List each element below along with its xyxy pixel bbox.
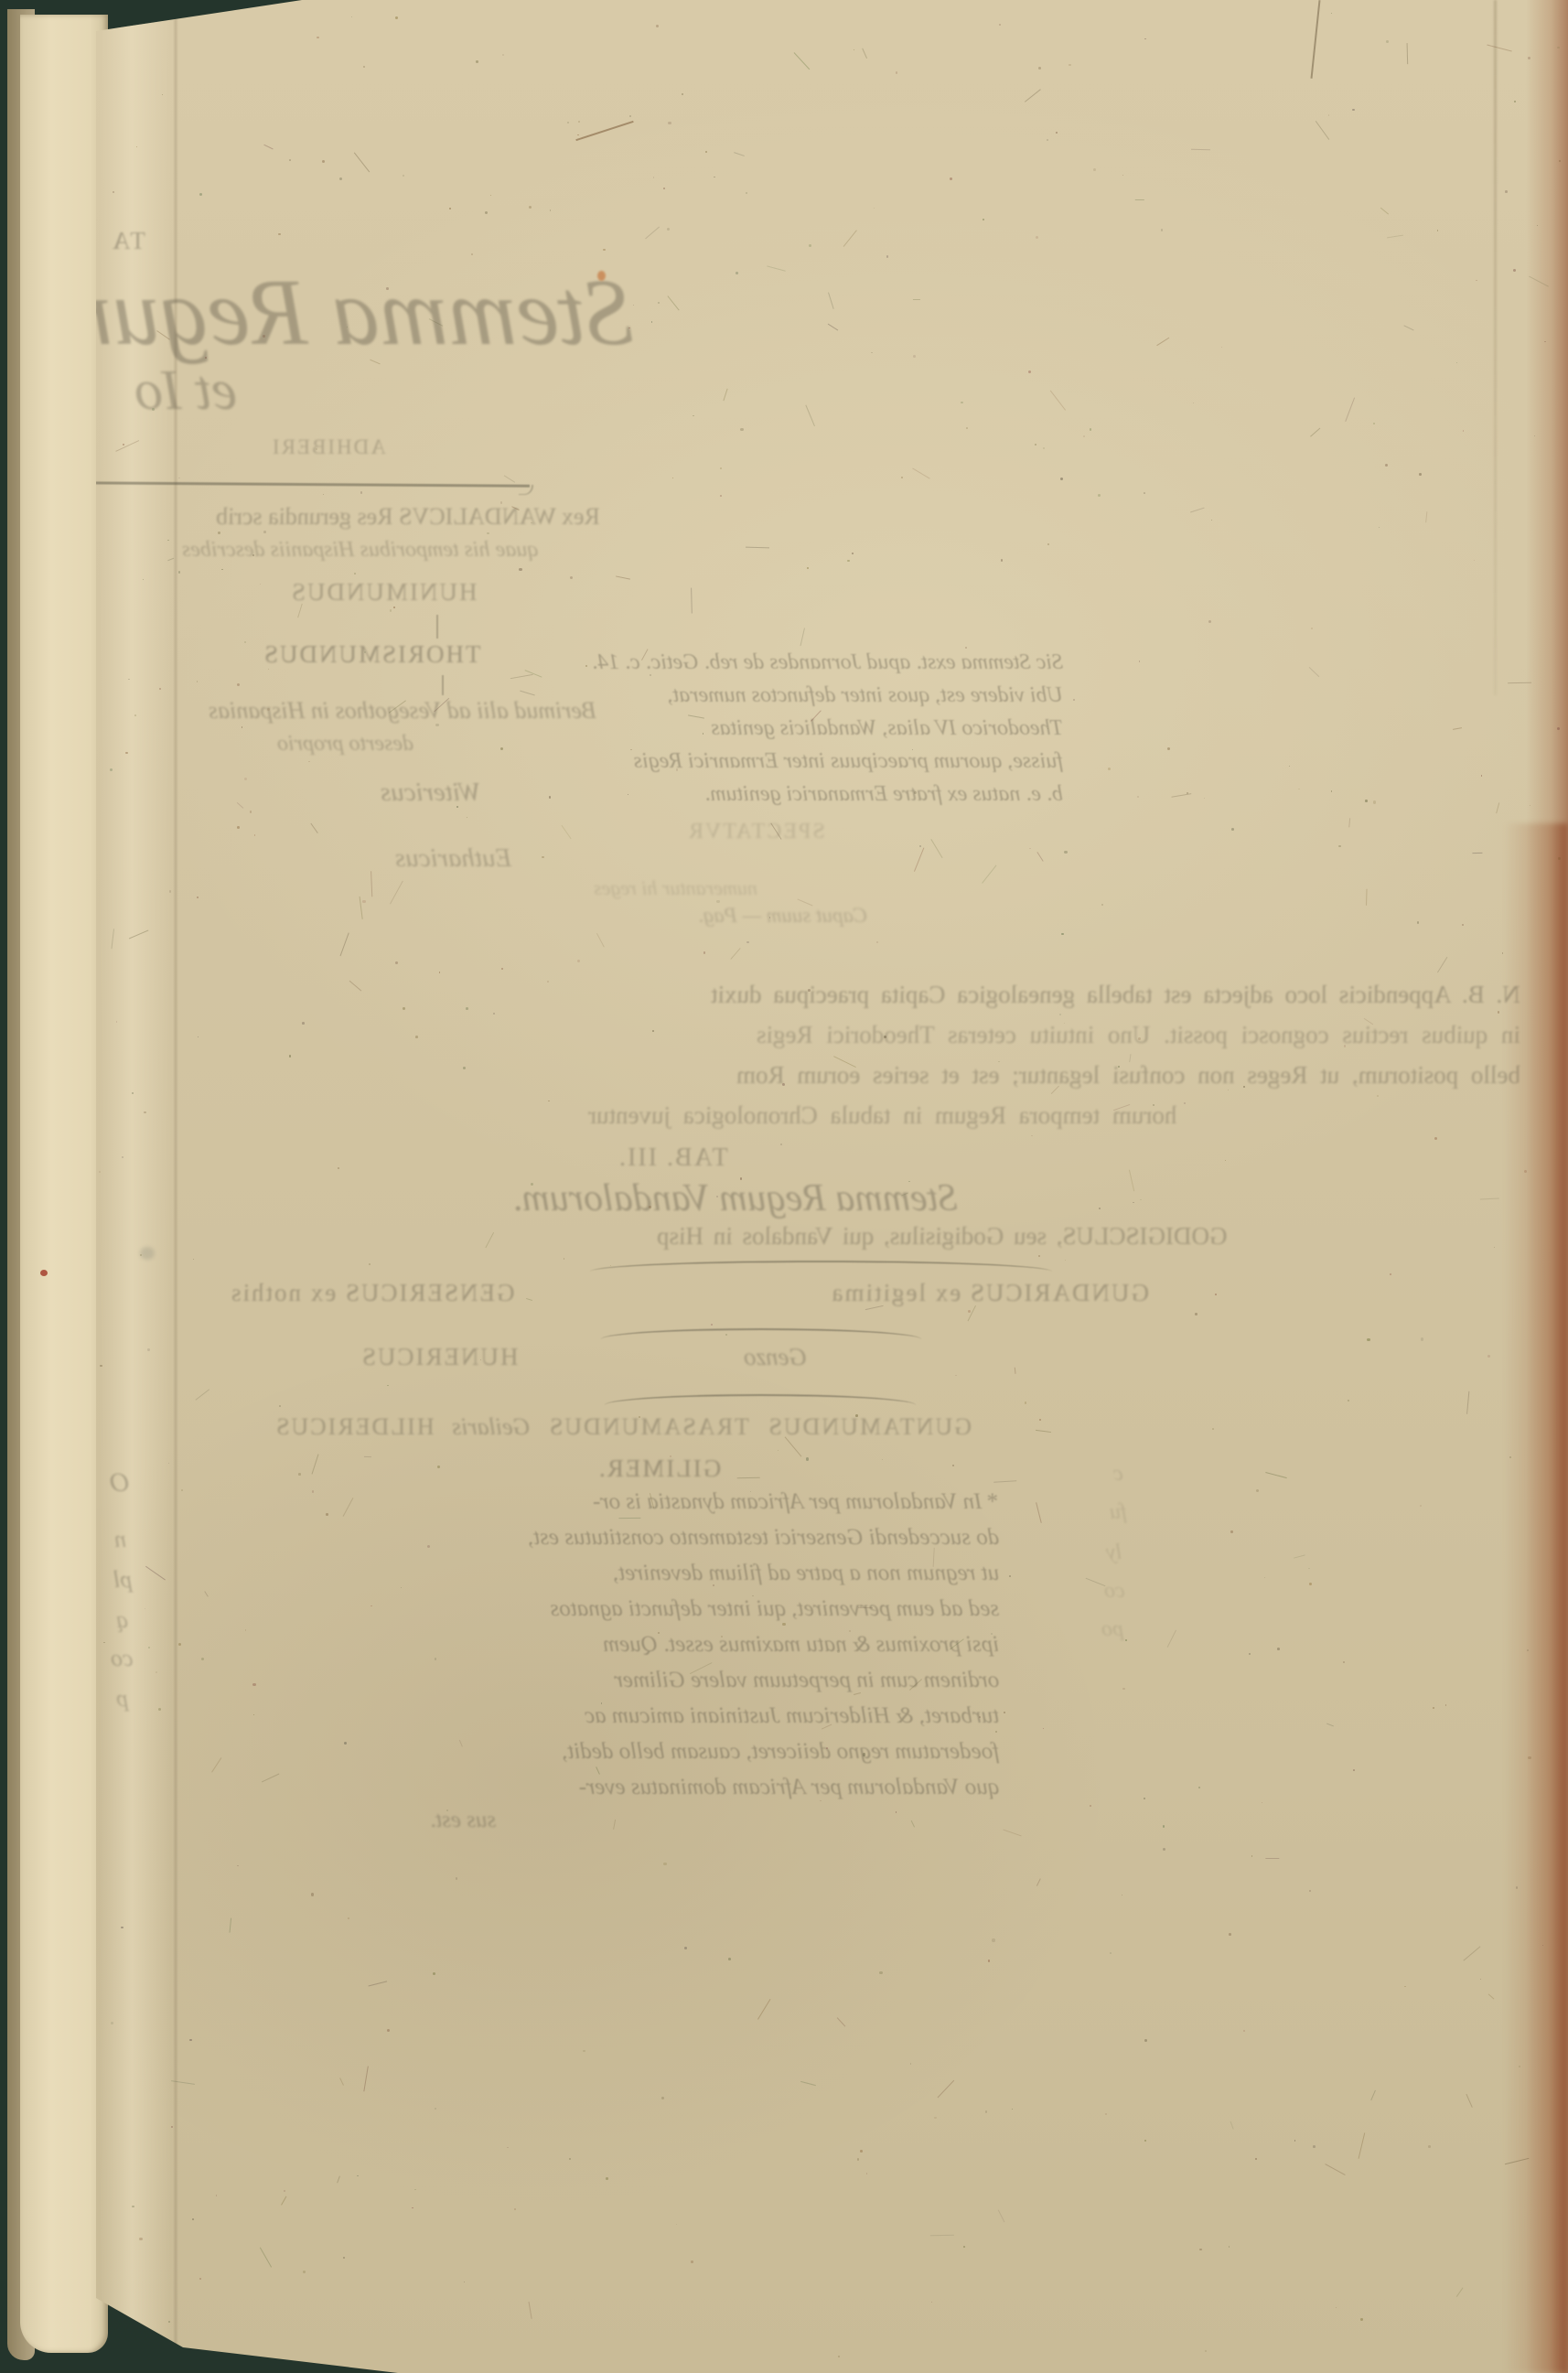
paper-fiber — [1191, 149, 1210, 151]
paper-speck — [961, 402, 962, 403]
paper-fiber — [354, 153, 370, 173]
paper-speck — [1428, 2145, 1431, 2148]
paper-fiber — [145, 1566, 166, 1580]
paper-speck — [1527, 1649, 1529, 1651]
paper-fiber — [618, 1518, 640, 1519]
paper-speck — [278, 233, 280, 235]
footnote-line: do succedendi Genserici testamento const… — [528, 1519, 999, 1555]
paper-speck — [1138, 1037, 1141, 1040]
paper-speck — [254, 834, 255, 835]
paper-speck — [1163, 1825, 1165, 1827]
paper-speck — [550, 209, 552, 211]
paper-speck — [303, 2271, 306, 2273]
paper-speck — [201, 1658, 204, 1660]
showthrough-king-thorismundus: THORISMUNDUS — [263, 640, 481, 669]
gutter-fragment: O — [110, 1467, 130, 1498]
paper-speck — [630, 749, 631, 750]
paper-speck — [148, 1647, 150, 1648]
paper-fiber — [949, 1638, 963, 1649]
paper-speck — [684, 1947, 687, 1949]
paper-speck — [1419, 473, 1422, 476]
paper-speck — [490, 195, 491, 196]
paper-fiber — [1404, 325, 1415, 330]
paper-fiber — [1466, 1391, 1469, 1414]
paper-speck — [427, 1545, 430, 1548]
showthrough-king-hunimundus: HUNIMUNDUS — [290, 578, 478, 607]
paper-speck — [401, 1587, 403, 1589]
showthrough-dedication: ADHIBERI — [271, 435, 386, 459]
showthrough-berimud-note2: deserto proprio — [277, 732, 413, 757]
paper-speck — [577, 960, 580, 962]
paper-speck — [316, 448, 317, 450]
paper-speck — [99, 1171, 101, 1173]
paper-speck — [703, 733, 704, 735]
showthrough-fragment-pageref: Caput suum — Pag. — [698, 904, 867, 928]
paper-fiber — [771, 822, 782, 839]
paper-fiber — [731, 948, 741, 960]
paper-fiber — [1453, 728, 1462, 731]
paper-speck — [998, 1061, 999, 1062]
paper-fiber — [210, 1757, 220, 1773]
paper-speck — [322, 160, 325, 163]
paper-fiber — [650, 1493, 654, 1509]
paper-speck — [1289, 766, 1290, 767]
paper-speck — [653, 177, 654, 177]
paper-fiber — [204, 1591, 209, 1597]
paper-fiber — [237, 802, 244, 809]
paper-speck — [1255, 2158, 1257, 2160]
paper-speck — [1031, 1135, 1032, 1136]
paper-speck — [1243, 2030, 1245, 2032]
paper-speck — [740, 428, 743, 431]
paper-fiber — [459, 1740, 463, 1746]
paper-fiber — [485, 1232, 494, 1248]
paper-fiber — [511, 507, 519, 511]
paper-fiber — [129, 929, 149, 939]
paper-fiber — [521, 690, 535, 695]
paper-fiber — [1466, 2094, 1473, 2108]
paper-fiber — [390, 881, 403, 905]
paper-fiber — [1326, 2164, 1346, 2175]
paper-speck — [854, 49, 855, 51]
paper-speck — [1277, 1648, 1280, 1650]
paper-speck — [467, 817, 467, 818]
paper-speck — [1125, 1639, 1127, 1641]
paper-fiber — [1488, 1993, 1495, 1999]
paper-speck — [395, 16, 398, 19]
paper-fiber — [982, 865, 996, 884]
paper-fiber — [264, 145, 274, 150]
paper-speck — [661, 2097, 663, 2099]
gutter-fragment: ą — [116, 1606, 128, 1634]
paper-fiber — [1135, 199, 1144, 200]
paper-speck — [1373, 800, 1376, 803]
paper-fiber — [1487, 45, 1512, 52]
paper-speck — [263, 335, 265, 338]
paper-speck — [363, 66, 365, 68]
paper-speck — [746, 941, 748, 943]
gutter-fragment-right: ly — [1106, 1541, 1122, 1565]
paper-fiber — [363, 2067, 369, 2092]
paper-speck — [125, 752, 127, 754]
paper-fiber — [616, 576, 630, 580]
paper-fiber — [281, 2196, 286, 2206]
paper-speck — [1228, 1090, 1229, 1090]
paper-speck — [826, 1747, 828, 1749]
paper-speck — [847, 560, 849, 562]
paper-speck — [1476, 280, 1477, 281]
paper-fiber — [913, 299, 920, 300]
paper-fiber — [811, 711, 822, 722]
paper-speck — [289, 159, 291, 161]
showthrough-footnote: * In Vandalorum per Africam dynastia is … — [528, 1484, 999, 1805]
paper-speck — [198, 1036, 199, 1037]
paper-speck — [1225, 1160, 1226, 1161]
paper-speck — [1144, 2140, 1145, 2141]
paper-speck — [134, 714, 136, 716]
paper-speck — [1056, 132, 1058, 134]
paper-speck — [1001, 559, 1004, 562]
paper-speck — [1140, 1199, 1141, 1200]
paper-speck — [485, 211, 488, 214]
paper-fiber — [371, 872, 372, 897]
paper-speck — [1294, 2140, 1296, 2142]
paper-speck — [1230, 1530, 1233, 1533]
paper-fiber — [805, 405, 815, 427]
paper-speck — [471, 253, 473, 255]
side-note-line: Ubi videre est, quos inter defunctos num… — [592, 679, 1063, 712]
paper-speck — [1038, 1255, 1040, 1257]
paper-speck — [415, 1036, 418, 1038]
king-gundaricus: GUNDARICUS ex legitima — [831, 1279, 1149, 1307]
paper-speck — [663, 188, 665, 189]
paper-fiber — [933, 1548, 935, 1567]
paper-speck — [199, 193, 202, 196]
paper-speck — [1421, 1337, 1423, 1340]
paper-speck — [1221, 347, 1222, 348]
paper-fiber — [297, 604, 303, 618]
paper-speck — [449, 208, 450, 209]
paper-speck — [1445, 1704, 1446, 1705]
paper-speck — [1064, 1023, 1066, 1025]
paper-speck — [507, 2147, 509, 2149]
paper-speck — [159, 688, 161, 690]
paper-speck — [1434, 1137, 1437, 1140]
showthrough-nb-line4: horum tempora Regum in tabula Chronologi… — [588, 1101, 1176, 1130]
previous-leaf-fore-edge — [20, 15, 108, 2353]
showthrough-nb-line1: N. B. Appendicis loco adjecta est tabell… — [711, 981, 1520, 1009]
paper-speck — [113, 191, 113, 192]
paper-speck — [1542, 1945, 1544, 1947]
paper-speck — [1352, 109, 1355, 112]
paper-speck — [985, 2110, 987, 2112]
orange-speck — [597, 271, 606, 281]
paper-speck — [178, 1643, 181, 1646]
paper-speck — [237, 1865, 238, 1866]
paper-speck — [934, 2117, 936, 2119]
paper-fiber — [1371, 2090, 1377, 2101]
paper-speck — [910, 2063, 912, 2065]
paper-speck — [360, 491, 362, 493]
gutter-fold-highlight — [100, 0, 171, 2373]
paper-speck — [583, 2050, 585, 2053]
paper-speck — [1099, 1208, 1101, 1209]
grey-smudge — [140, 1247, 155, 1260]
paper-speck — [693, 415, 693, 416]
paper-speck — [1137, 796, 1139, 798]
paper-fiber — [596, 1766, 601, 1775]
paper-fiber — [337, 2175, 340, 2183]
paper-speck — [100, 1365, 102, 1367]
paper-fiber — [912, 468, 929, 479]
paper-speck — [158, 1708, 161, 1711]
paper-speck — [782, 1083, 785, 1086]
paper-speck — [979, 1716, 981, 1718]
paper-fiber — [371, 359, 381, 364]
paper-fiber — [1463, 1946, 1480, 1960]
paper-speck — [116, 1021, 117, 1022]
paper-speck — [244, 778, 247, 780]
paper-speck — [736, 272, 738, 274]
paper-speck — [1474, 560, 1475, 561]
paper-fiber — [115, 440, 139, 452]
paper-speck — [1365, 800, 1368, 802]
paper-speck — [705, 151, 707, 153]
paper-speck — [1502, 952, 1503, 953]
paper-speck — [896, 1811, 897, 1812]
footnote-line: * In Vandalorum per Africam dynastia is … — [528, 1484, 999, 1519]
paper-fiber — [688, 715, 704, 719]
paper-speck — [514, 2208, 516, 2210]
paper-fiber — [1265, 1472, 1286, 1478]
paper-speck — [1328, 114, 1330, 116]
paper-speck — [1215, 1294, 1217, 1295]
paper-speck — [1313, 2145, 1316, 2148]
paper-speck — [879, 1971, 882, 1974]
paper-speck — [808, 989, 811, 992]
paper-speck — [1309, 1583, 1312, 1585]
paper-speck — [914, 791, 917, 794]
paper-speck — [904, 1538, 905, 1539]
paper-fiber — [389, 700, 406, 713]
paper-speck — [403, 175, 405, 177]
king-hildericus: HILDERICUS — [274, 1413, 435, 1441]
paper-speck — [1456, 362, 1457, 363]
paper-speck — [1205, 2350, 1207, 2352]
fore-edge-stain-lower — [1504, 823, 1568, 2373]
paper-fiber — [737, 1477, 760, 1478]
footnote-line: turbaret, & Hildericum Justiniani amicum… — [528, 1698, 999, 1734]
paper-speck — [351, 16, 352, 17]
paper-fiber — [1051, 1086, 1059, 1095]
paper-fiber — [1472, 853, 1482, 854]
paper-speck — [1298, 789, 1299, 789]
showthrough-fragment-caps: SPECTATVR — [687, 820, 825, 844]
paper-speck — [339, 177, 342, 180]
paper-fiber — [930, 2235, 954, 2237]
paper-speck — [1404, 1986, 1405, 1987]
paper-speck — [221, 569, 222, 570]
stemma-connector — [442, 675, 444, 695]
paper-fiber — [1407, 44, 1409, 65]
paper-speck — [549, 796, 552, 799]
paper-fiber — [1025, 89, 1041, 102]
paper-speck — [1480, 1979, 1481, 1980]
stemma-brace — [605, 1394, 916, 1405]
paper-fiber — [768, 266, 786, 272]
gutter-fragment-right: c — [1113, 1462, 1123, 1487]
paper-speck — [167, 540, 168, 541]
showthrough-table-row4: GUNTAMUNDUS TRASAMUNDUS Geilaris HILDERI… — [274, 1413, 972, 1441]
showthrough-footnote-end: sus est. — [430, 1808, 496, 1833]
paper-fiber — [1346, 398, 1356, 422]
paper-speck — [806, 1457, 809, 1460]
paper-speck — [1509, 1456, 1511, 1458]
paper-speck — [216, 2195, 218, 2196]
paper-speck — [1537, 225, 1538, 226]
paper-speck — [663, 1863, 666, 1865]
paper-speck — [493, 1013, 495, 1015]
side-note-line: fuisse, quorum praecipuus inter Ermanric… — [592, 745, 1063, 778]
gutter-fragment: co — [111, 1645, 134, 1672]
paper-speck — [884, 1036, 886, 1038]
paper-fiber — [1230, 2121, 1234, 2130]
paper-fiber — [167, 557, 174, 561]
paper-speck — [714, 177, 715, 178]
paper-fiber — [1113, 1104, 1130, 1111]
paper-fiber — [901, 1193, 908, 1197]
footnote-line: ordinem cum in perpetuum valere Gilimer — [528, 1662, 999, 1698]
paper-speck — [672, 478, 673, 478]
paper-speck — [1331, 790, 1333, 792]
paper-fiber — [429, 318, 444, 327]
paper-speck — [456, 806, 458, 808]
gutter-fragment: pl — [113, 1566, 132, 1594]
paper-speck — [896, 71, 897, 73]
paper-speck — [570, 576, 573, 579]
gutter-fragment-right: fu — [1110, 1500, 1127, 1525]
paper-speck — [1043, 1728, 1044, 1729]
king-hunericus: HUNERICUS — [360, 1343, 519, 1371]
paper-speck — [343, 2257, 345, 2259]
paper-fiber — [1190, 508, 1204, 513]
paper-speck — [1144, 1798, 1145, 1799]
paper-speck — [1353, 1769, 1355, 1771]
scratch-mark — [575, 121, 633, 141]
paper-speck — [820, 1800, 822, 1802]
paper-speck — [1343, 1661, 1345, 1663]
paper-speck — [542, 856, 544, 859]
paper-speck — [782, 1623, 785, 1626]
paper-speck — [649, 1206, 651, 1208]
paper-speck — [952, 1465, 955, 1467]
paper-speck — [912, 749, 913, 750]
paper-speck — [162, 94, 163, 95]
paper-speck — [1373, 423, 1375, 424]
king-guntamundus: GUNTAMUNDUS — [767, 1413, 972, 1441]
paper-speck — [1161, 229, 1164, 231]
paper-speck — [1028, 370, 1031, 373]
paper-speck — [1557, 47, 1559, 48]
paper-fiber — [526, 1298, 532, 1301]
paper-fiber — [865, 1305, 883, 1310]
paper-speck — [1198, 1787, 1200, 1788]
paper-speck — [1060, 478, 1063, 480]
king-trasamundus: TRASAMUNDUS — [548, 1413, 749, 1441]
paper-fiber — [691, 588, 693, 614]
paper-speck — [268, 669, 269, 670]
paper-speck — [1153, 1104, 1155, 1107]
paper-speck — [414, 2189, 415, 2190]
paper-speck — [1083, 435, 1085, 437]
showthrough-table-row3: Genzo HUNERICUS — [360, 1343, 807, 1371]
paper-fiber — [828, 292, 833, 308]
paper-speck — [1122, 175, 1124, 177]
paper-fiber — [690, 1662, 712, 1674]
paper-speck — [199, 2278, 201, 2280]
paper-speck — [668, 122, 671, 124]
paper-fiber — [1050, 390, 1066, 410]
stemma-connector — [436, 615, 438, 639]
paper-speck — [1308, 1568, 1310, 1570]
paper-speck — [676, 768, 679, 771]
paper-speck — [1110, 1952, 1112, 1954]
paper-speck — [387, 2029, 390, 2032]
paper-speck — [323, 494, 324, 495]
paper-speck — [585, 665, 587, 667]
paper-fiber — [1348, 819, 1350, 828]
paper-speck — [289, 1055, 292, 1058]
paper-fiber — [1437, 957, 1447, 972]
paper-speck — [658, 302, 660, 304]
gutter-fold-crease — [173, 0, 178, 2373]
showthrough-king-witericus: Witericus — [381, 778, 481, 808]
paper-fiber — [369, 1981, 388, 1987]
paper-speck — [1487, 1355, 1490, 1358]
paper-speck — [866, 2173, 867, 2174]
paper-speck — [1344, 1045, 1347, 1047]
paper-speck — [1251, 1855, 1252, 1856]
paper-fiber — [1387, 234, 1403, 238]
paper-speck — [1167, 747, 1170, 750]
paper-speck — [1336, 2307, 1337, 2308]
paper-speck — [1163, 1848, 1165, 1851]
paper-speck — [1043, 447, 1045, 449]
paper-fiber — [1036, 1503, 1042, 1523]
side-note-line: Theodorico IV alias, Wandalicis genitas — [592, 712, 1063, 745]
paper-fiber — [1480, 1198, 1499, 1200]
paper-speck — [197, 681, 198, 682]
paper-speck — [968, 1310, 971, 1313]
paper-speck — [435, 1658, 437, 1660]
showthrough-table-root: GODIGISCLUS, seu Godigisilus, qui Vandal… — [657, 1222, 1228, 1251]
paper-speck — [369, 1263, 371, 1265]
paper-speck — [531, 1183, 533, 1186]
paper-speck — [1558, 857, 1561, 860]
paper-fiber — [311, 1454, 318, 1474]
paper-fiber — [613, 1820, 616, 1830]
paper-speck — [178, 478, 180, 479]
paper-speck — [809, 244, 811, 247]
paper-fiber — [1166, 1629, 1176, 1648]
showthrough-intro-line1: Rex WANDALICVS Res gerundia scrib — [216, 503, 600, 531]
paper-speck — [464, 2282, 465, 2282]
paper-fiber — [230, 1918, 232, 1933]
paper-speck — [393, 607, 395, 608]
paper-speck — [1481, 775, 1483, 777]
paper-speck — [720, 467, 722, 469]
paper-speck — [395, 961, 398, 964]
